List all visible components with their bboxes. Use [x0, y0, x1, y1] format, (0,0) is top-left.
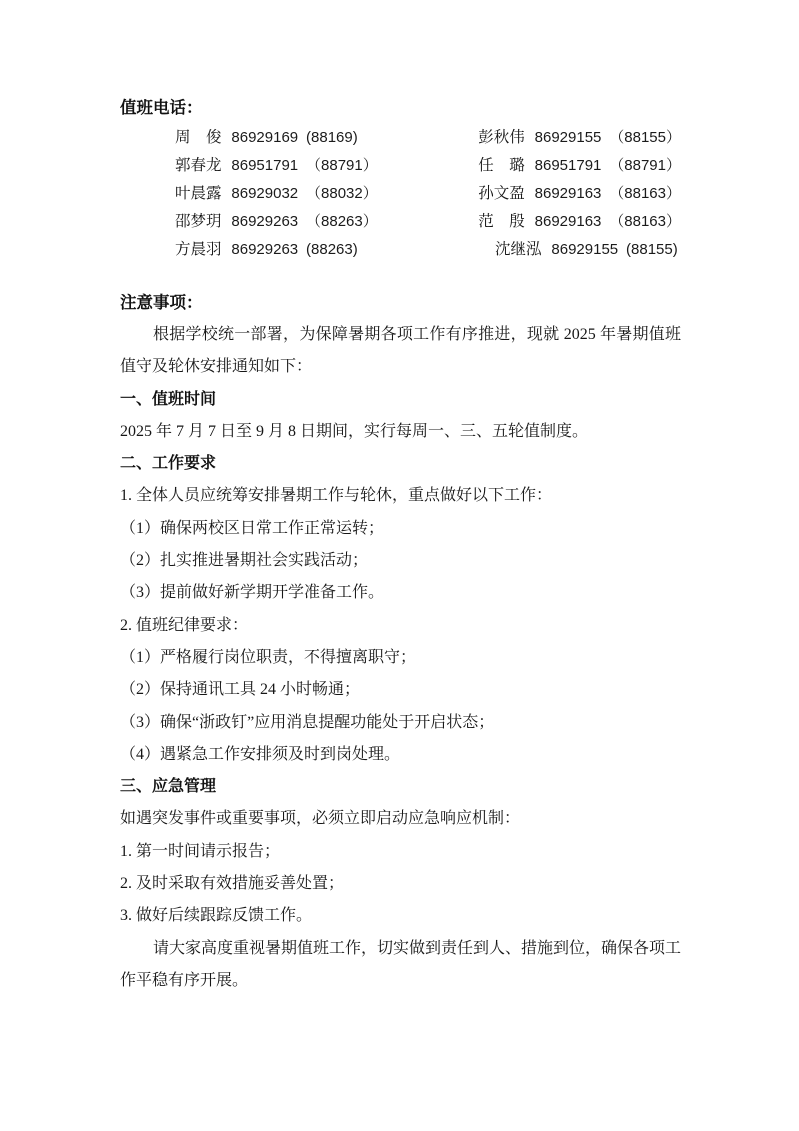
- phone-number: 86929163: [535, 185, 602, 202]
- phone-entry-left: 周 俊 86929169 (88169): [175, 124, 478, 152]
- list-item: 2. 及时采取有效措施妥善处置；: [120, 868, 681, 900]
- phone-extension: (88169): [306, 129, 358, 146]
- phone-entry-right: 任 璐 86951791 （88791）: [478, 152, 681, 180]
- phone-extension: （88163）: [609, 213, 681, 230]
- paragraph: 根据学校统一部署，为保障暑期各项工作有序推进，现就 2025 年暑期值班值守及轮…: [120, 319, 681, 384]
- phone-row: 叶晨露 86929032 （88032） 孙文盈 86929163 （88163…: [120, 180, 681, 208]
- phone-extension: （88791）: [306, 157, 378, 174]
- phone-entry-right: 范 殷 86929163 （88163）: [478, 208, 681, 236]
- paragraph: 2025 年 7 月 7 日至 9 月 8 日期间，实行每周一、三、五轮值制度。: [120, 416, 681, 448]
- section-heading: 二、工作要求: [120, 448, 681, 480]
- phone-number: 86929155: [551, 241, 618, 258]
- phone-number: 86929032: [231, 185, 298, 202]
- list-item: （1）确保两校区日常工作正常运转；: [120, 513, 681, 545]
- phone-entry-right: 彭秋伟 86929155 （88155）: [478, 124, 681, 152]
- phone-entry-left: 邵梦玥 86929263 （88263）: [175, 208, 478, 236]
- phone-extension: （88032）: [306, 185, 378, 202]
- person-name: 郭春龙: [175, 157, 222, 174]
- phone-number: 86929263: [231, 213, 298, 230]
- person-name: 孙文盈: [478, 185, 525, 202]
- phone-extension: （88263）: [306, 213, 378, 230]
- list-item: 3. 做好后续跟踪反馈工作。: [120, 900, 681, 932]
- phone-number: 86929155: [535, 129, 602, 146]
- phone-row: 方晨羽 86929263 (88263) 沈继泓 86929155 (88155…: [120, 236, 681, 264]
- paragraph: 如遇突发事件或重要事项，必须立即启动应急响应机制：: [120, 803, 681, 835]
- paragraph: 请大家高度重视暑期值班工作，切实做到责任到人、措施到位，确保各项工作平稳有序开展…: [120, 933, 681, 998]
- phone-extension: （88791）: [609, 157, 681, 174]
- phone-entry-left: 方晨羽 86929263 (88263): [175, 236, 495, 264]
- phone-row: 邵梦玥 86929263 （88263） 范 殷 86929163 （88163…: [120, 208, 681, 236]
- person-name: 彭秋伟: [478, 129, 525, 146]
- phone-extension: (88155): [626, 241, 678, 258]
- person-name: 任 璐: [478, 157, 525, 174]
- phone-entry-left: 郭春龙 86951791 （88791）: [175, 152, 478, 180]
- phone-extension: （88163）: [609, 185, 681, 202]
- phone-row: 周 俊 86929169 (88169) 彭秋伟 86929155 （88155…: [120, 124, 681, 152]
- duty-phones-title: 值班电话：: [120, 92, 681, 124]
- phone-entry-left: 叶晨露 86929032 （88032）: [175, 180, 478, 208]
- list-item: （4）遇紧急工作安排须及时到岗处理。: [120, 739, 681, 771]
- list-item: （1）严格履行岗位职责，不得擅离职守；: [120, 642, 681, 674]
- phone-entry-right: 孙文盈 86929163 （88163）: [478, 180, 681, 208]
- person-name: 周 俊: [175, 129, 222, 146]
- phone-number: 86951791: [231, 157, 298, 174]
- phone-number: 86951791: [535, 157, 602, 174]
- list-item: （3）提前做好新学期开学准备工作。: [120, 577, 681, 609]
- list-item: （2）保持通讯工具 24 小时畅通；: [120, 674, 681, 706]
- person-name: 邵梦玥: [175, 213, 222, 230]
- phone-number: 86929163: [535, 213, 602, 230]
- document-page: 值班电话： 周 俊 86929169 (88169) 彭秋伟 86929155 …: [0, 0, 799, 1131]
- list-item: 1. 全体人员应统筹安排暑期工作与轮休，重点做好以下工作：: [120, 480, 681, 512]
- person-name: 方晨羽: [175, 241, 222, 258]
- phone-extension: (88263): [306, 241, 358, 258]
- phone-extension: （88155）: [609, 129, 681, 146]
- list-item: （3）确保“浙政钉”应用消息提醒功能处于开启状态；: [120, 707, 681, 739]
- phone-table: 周 俊 86929169 (88169) 彭秋伟 86929155 （88155…: [120, 124, 681, 264]
- notice-title: 注意事项：: [120, 287, 681, 319]
- person-name: 范 殷: [478, 213, 525, 230]
- section-heading: 三、应急管理: [120, 771, 681, 803]
- document-content: 值班电话： 周 俊 86929169 (88169) 彭秋伟 86929155 …: [120, 92, 681, 997]
- phone-entry-right: 沈继泓 86929155 (88155): [495, 236, 678, 264]
- phone-row: 郭春龙 86951791 （88791） 任 璐 86951791 （88791…: [120, 152, 681, 180]
- section-heading: 一、值班时间: [120, 384, 681, 416]
- phone-number: 86929263: [231, 241, 298, 258]
- phone-number: 86929169: [231, 129, 298, 146]
- notice-section: 注意事项： 根据学校统一部署，为保障暑期各项工作有序推进，现就 2025 年暑期…: [120, 287, 681, 997]
- list-item: （2）扎实推进暑期社会实践活动；: [120, 545, 681, 577]
- list-item: 2. 值班纪律要求：: [120, 610, 681, 642]
- list-item: 1. 第一时间请示报告；: [120, 836, 681, 868]
- person-name: 叶晨露: [175, 185, 222, 202]
- person-name: 沈继泓: [495, 241, 542, 258]
